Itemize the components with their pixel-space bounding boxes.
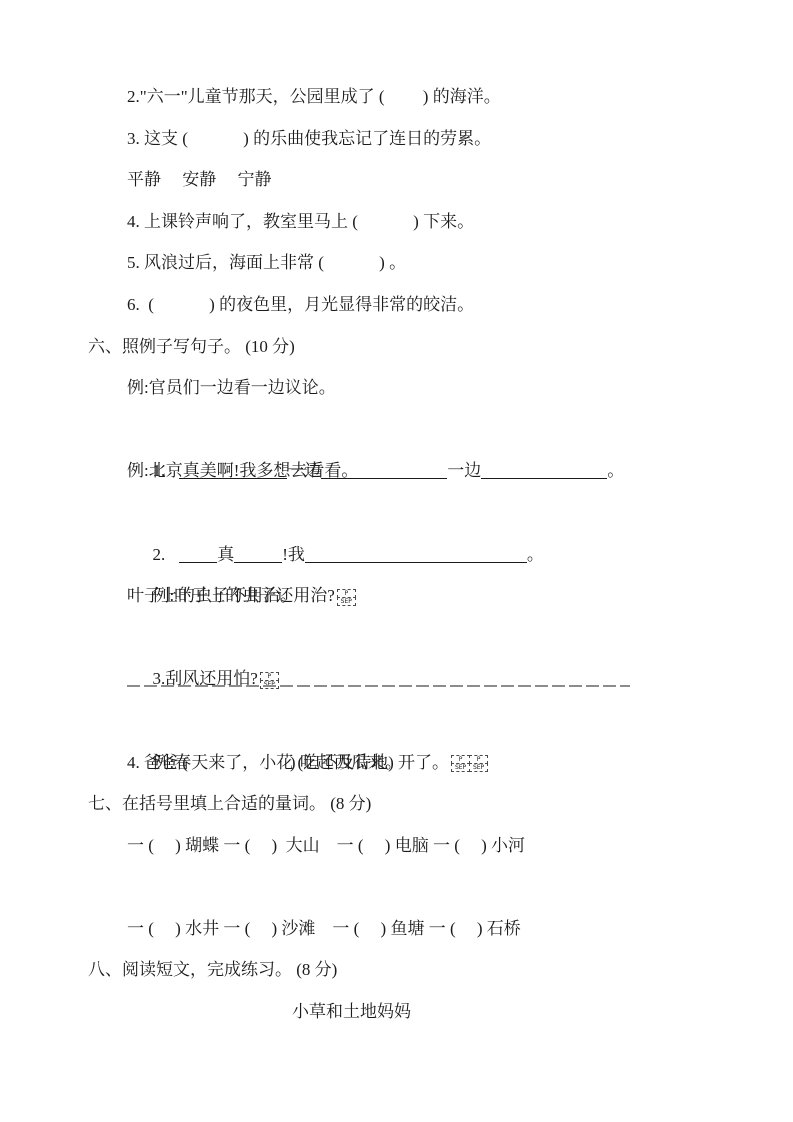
worksheet-content: 2."六一"儿童节那天，公园里成了 ( ) 的海洋。 3. 这支 ( ) 的乐曲… — [0, 0, 793, 1033]
section-eight-heading: 八、阅读短文，完成练习。 (8 分) — [88, 949, 753, 991]
answer-dashed-line — [127, 658, 753, 700]
section-six-question-1: 1.一边一边。 — [127, 409, 753, 451]
section-six-example-3-answer: 叶子上的虫子不用治。 — [127, 575, 753, 617]
fill-words-item-5: 5. 风浪过后，海面上非常 ( ) 。 — [127, 242, 753, 284]
fill-words-item-6: 6. ( ) 的夜色里，月光显得非常的皎洁。 — [127, 284, 753, 326]
passage-title: 小草和土地妈妈 — [292, 991, 753, 1033]
section-six-question-3: 3.刮风还用怕?PSEP — [127, 617, 753, 659]
section-six-question-2: 2.真!我。 — [127, 492, 753, 534]
section-six-example-1: 例:官员们一边看一边议论。 — [127, 367, 753, 409]
section-seven-row-2: 一 ( ) 水井 一 ( ) 沙滩 一 ( ) 鱼塘 一 ( ) 石桥 — [127, 908, 753, 950]
section-six-heading: 六、照例子写句子。 (10 分) — [88, 326, 753, 368]
section-six-example-2: 例:北京真美啊!我多想去看看。 — [127, 450, 753, 492]
word-bank: 平静 安静 宁静 — [127, 159, 753, 201]
section-six-question-4: 4. 爸爸 ( ) 吃起西瓜来。 — [127, 742, 753, 784]
worksheet-page: 2."六一"儿童节那天，公园里成了 ( ) 的海洋。 3. 这支 ( ) 的乐曲… — [0, 0, 793, 1122]
section-six-example-3: 例:叶子上的虫子还用治?PSEP — [127, 534, 753, 576]
section-six-example-4: 例:春天来了，小花 (迫不及待地) 开了。PSEPPSEP — [127, 700, 753, 742]
section-seven-row-1: 一 ( ) 瑚蝶 一 ( ) 大山 一 ( ) 电脑 一 ( ) 小河 — [127, 825, 753, 867]
fill-words-item-4: 4. 上课铃声响了，教室里马上 ( ) 下来。 — [127, 201, 753, 243]
fill-words-item-3: 3. 这支 ( ) 的乐曲使我忘记了连日的劳累。 — [127, 118, 753, 160]
dashed-underline — [127, 685, 630, 687]
blank-line — [88, 866, 753, 908]
fill-words-item-2: 2."六一"儿童节那天，公园里成了 ( ) 的海洋。 — [127, 76, 753, 118]
section-seven-heading: 七、在括号里填上合适的量词。 (8 分) — [88, 783, 753, 825]
